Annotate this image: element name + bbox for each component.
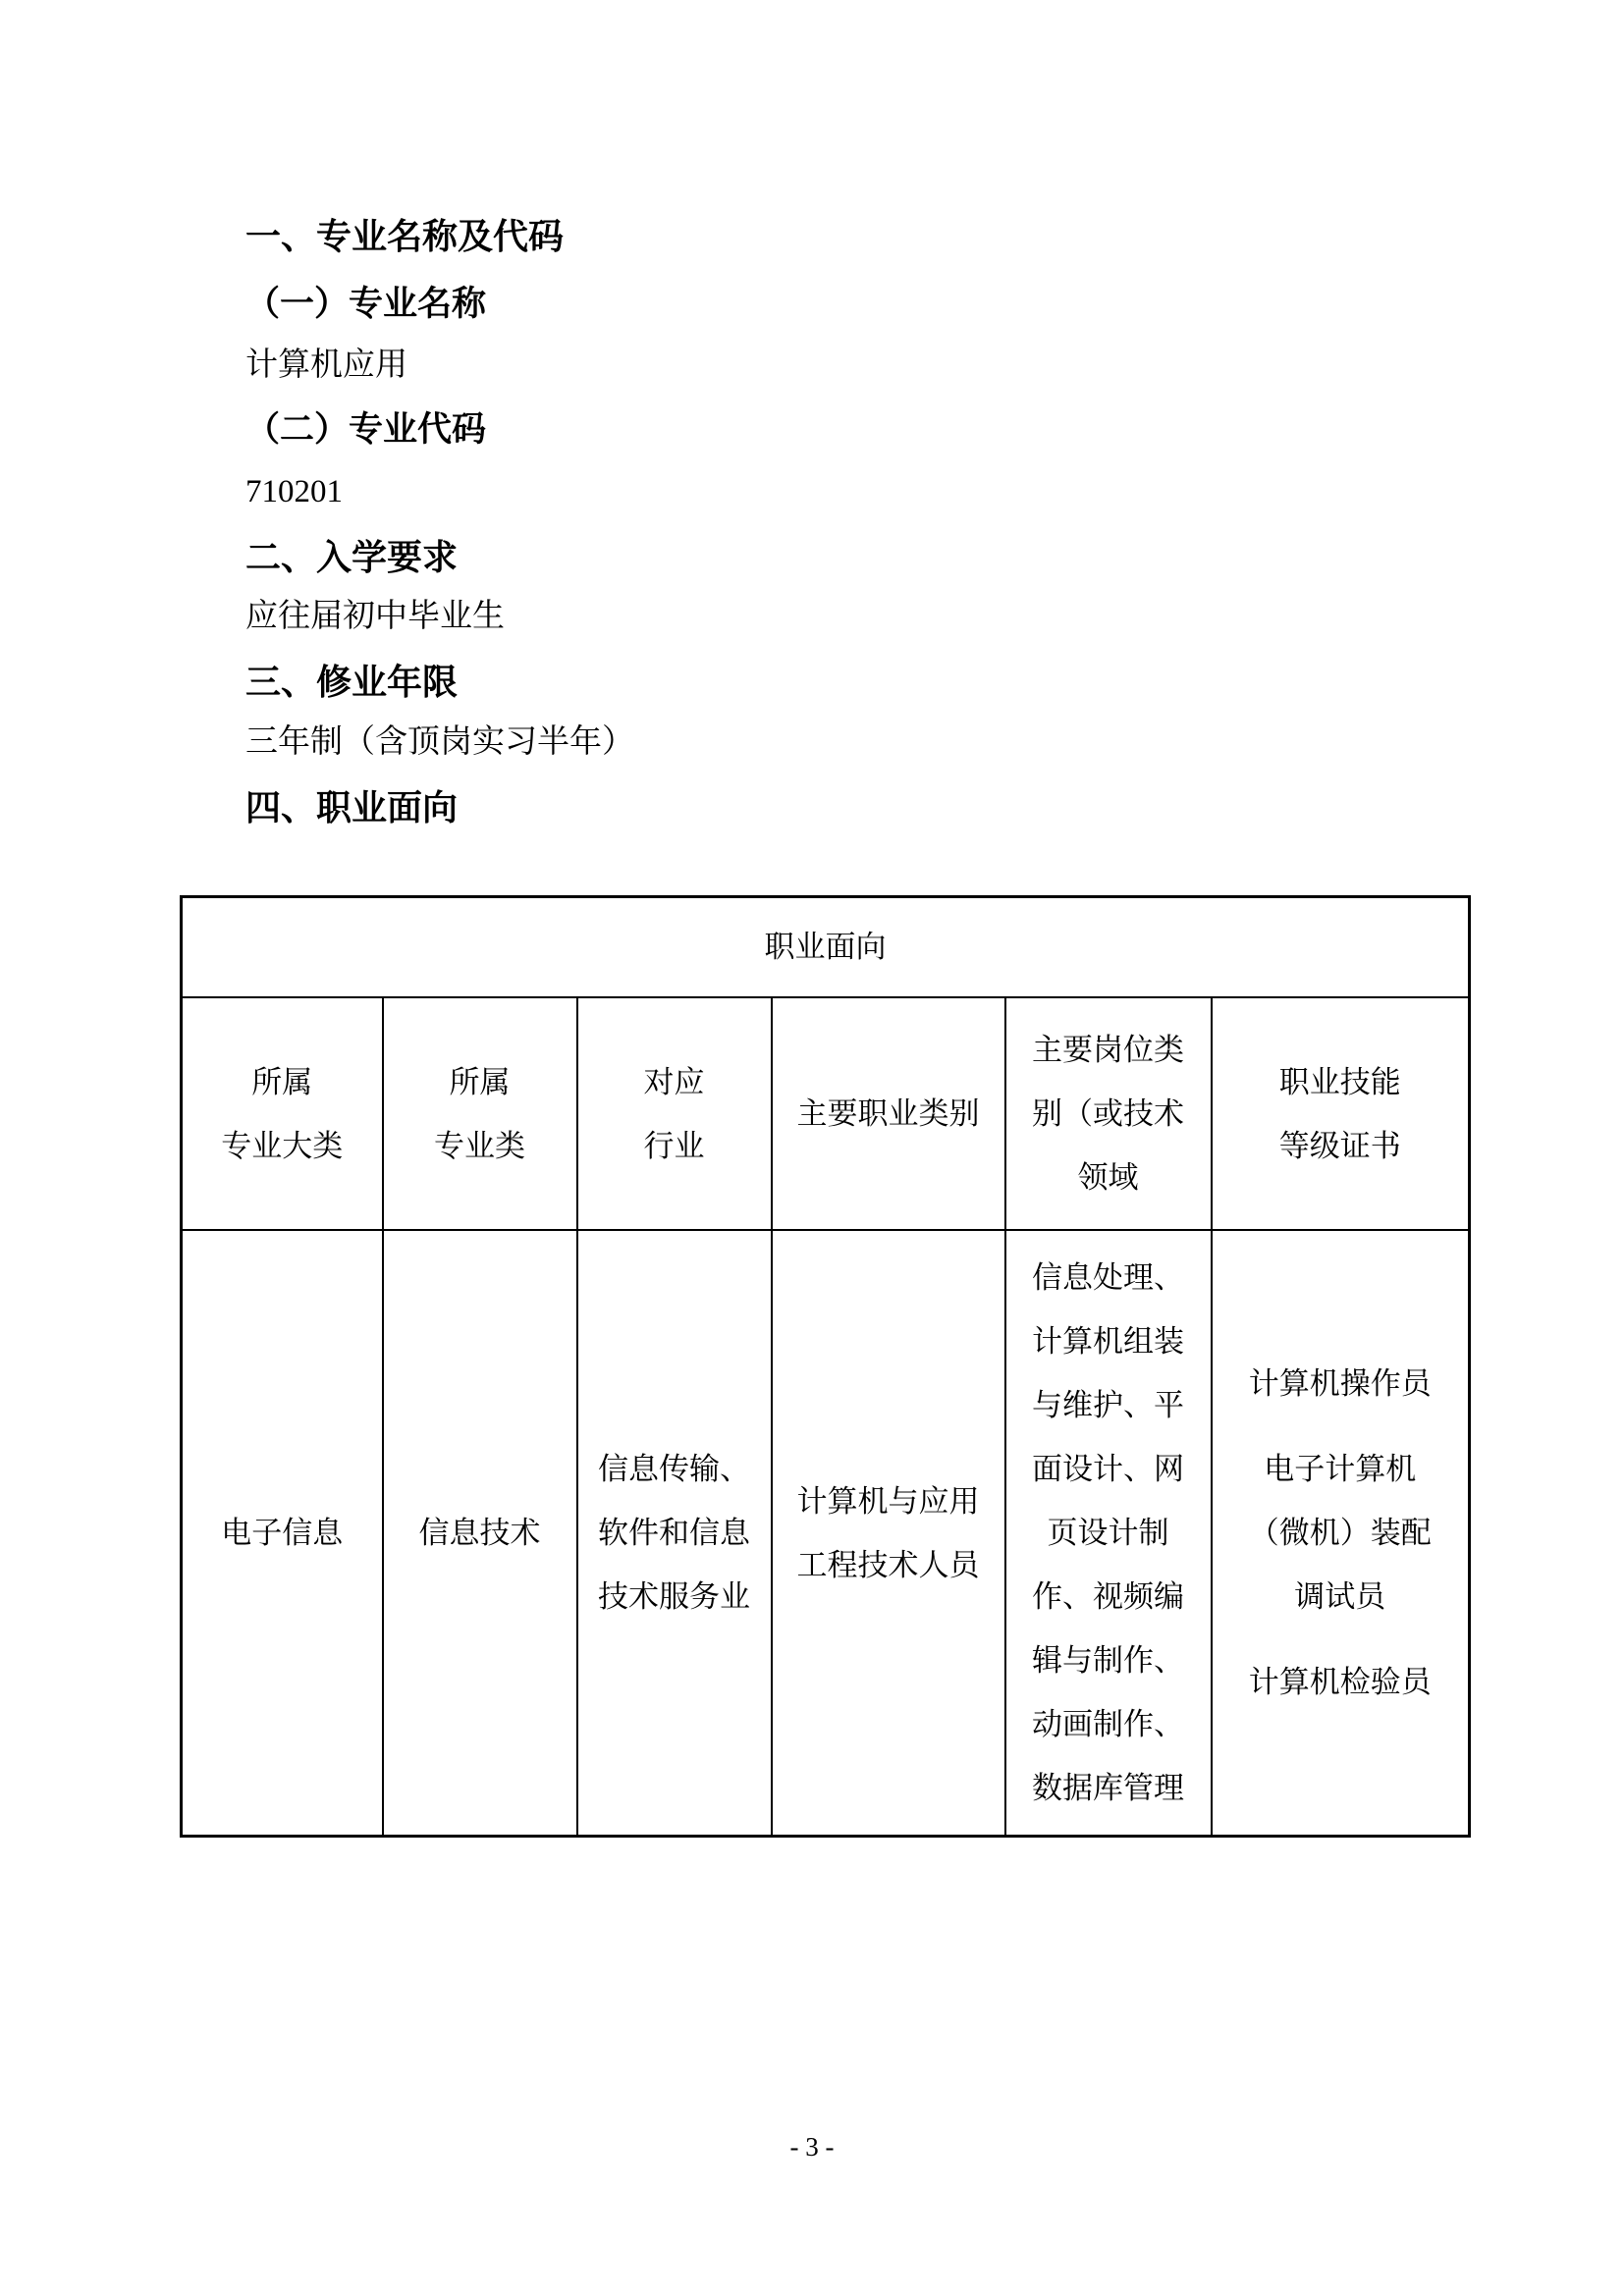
cell-paragraph: 信息处理、 计算机组装 与维护、平 面设计、网 页设计制 作、视频编 辑与制作、… xyxy=(1006,1246,1211,1820)
admission-requirement: 应往届初中毕业生 xyxy=(245,597,505,637)
column-header-3: 主要职业类别 xyxy=(772,997,1005,1230)
column-header-1: 所属 专业类 xyxy=(383,997,577,1230)
major-code: 710201 xyxy=(245,472,343,512)
section4-title: 四、职业面向 xyxy=(245,785,458,829)
body-cell-5: 计算机操作员电子计算机 （微机）装配 调试员计算机检验员 xyxy=(1212,1230,1470,1837)
study-duration: 三年制（含顶岗实习半年） xyxy=(245,722,634,763)
document-page: 一、专业名称及代码 （一）专业名称 计算机应用 （二）专业代码 710201 二… xyxy=(0,0,1624,2296)
column-header-2: 对应 行业 xyxy=(577,997,772,1230)
section1-title: 一、专业名称及代码 xyxy=(245,214,564,258)
cell-paragraph: 信息传输、 软件和信息 技术服务业 xyxy=(578,1437,771,1629)
cell-paragraph: 计算机操作员 xyxy=(1213,1352,1469,1415)
cell-paragraph: 电子信息 xyxy=(183,1501,382,1565)
table-title-row: 职业面向 xyxy=(182,897,1470,998)
major-name: 计算机应用 xyxy=(245,346,407,386)
cell-paragraph: 电子计算机 （微机）装配 调试员 xyxy=(1213,1437,1469,1629)
body-cell-1: 信息技术 xyxy=(383,1230,577,1837)
body-cell-3: 计算机与应用 工程技术人员 xyxy=(772,1230,1005,1837)
cell-paragraph: 信息技术 xyxy=(384,1501,576,1565)
section1-sub1-title: （一）专业名称 xyxy=(245,283,486,326)
cell-paragraph: 计算机检验员 xyxy=(1213,1650,1469,1714)
column-header-0: 所属 专业大类 xyxy=(182,997,383,1230)
body-cell-4: 信息处理、 计算机组装 与维护、平 面设计、网 页设计制 作、视频编 辑与制作、… xyxy=(1005,1230,1212,1837)
section1-sub2-title: （二）专业代码 xyxy=(245,408,486,452)
table-body-row: 电子信息信息技术信息传输、 软件和信息 技术服务业计算机与应用 工程技术人员信息… xyxy=(182,1230,1470,1837)
body-cell-0: 电子信息 xyxy=(182,1230,383,1837)
career-orientation-table: 职业面向 所属 专业大类所属 专业类对应 行业主要职业类别主要岗位类 别（或技术… xyxy=(180,895,1471,1838)
body-cell-2: 信息传输、 软件和信息 技术服务业 xyxy=(577,1230,772,1837)
table-header-row: 所属 专业大类所属 专业类对应 行业主要职业类别主要岗位类 别（或技术 领域职业… xyxy=(182,997,1470,1230)
page-number: - 3 - xyxy=(0,2132,1624,2163)
table-title: 职业面向 xyxy=(182,897,1470,998)
section3-title: 三、修业年限 xyxy=(245,660,458,704)
cell-paragraph: 计算机与应用 工程技术人员 xyxy=(773,1469,1004,1597)
column-header-5: 职业技能 等级证书 xyxy=(1212,997,1470,1230)
column-header-4: 主要岗位类 别（或技术 领域 xyxy=(1005,997,1212,1230)
section2-title: 二、入学要求 xyxy=(245,535,458,579)
